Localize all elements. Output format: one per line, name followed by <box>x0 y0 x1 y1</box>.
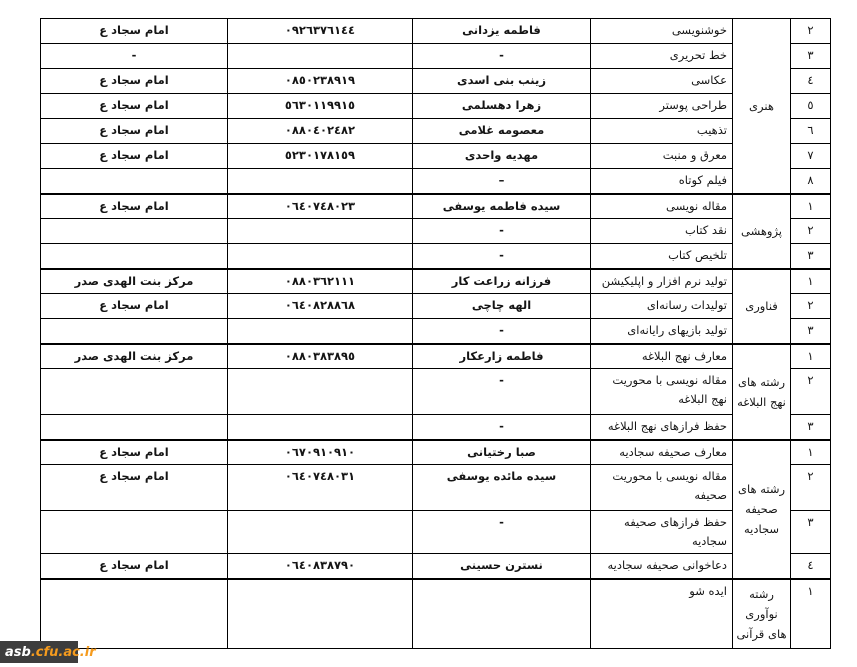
phone-cell: ٠٩٢٦٣٧٦١٤٤ <box>228 19 413 44</box>
name-cell: - <box>413 244 591 269</box>
activity-cell: معرق و منبت <box>591 144 733 169</box>
table-row: ٣خط تحریری-- <box>41 44 831 69</box>
table-row: ٣تلخیص کتاب- <box>41 244 831 269</box>
phone-cell <box>228 219 413 244</box>
location-cell: مرکز بنت الهدی صدر <box>41 269 228 294</box>
row-number-cell: ٤ <box>791 554 831 579</box>
table-row: ٢هنریخوشنویسیفاطمه یزدانی٠٩٢٦٣٧٦١٤٤امام … <box>41 19 831 44</box>
table-row: ٤دعاخوانی صحیفه سجادیهنسترن حسینی٠٦٤٠٨٣٨… <box>41 554 831 579</box>
name-cell: - <box>413 511 591 554</box>
phone-cell: ٠٨٨٠٤٠٢٤٨٢ <box>228 119 413 144</box>
activity-cell: ایده شو <box>591 579 733 649</box>
activity-cell: تولید بازیهای رایانه‌ای <box>591 319 733 344</box>
activity-cell: طراحی پوستر <box>591 94 733 119</box>
site-watermark: asb.cfu.ac.ir <box>0 641 78 663</box>
location-cell <box>41 415 228 440</box>
phone-cell: ٥٢٣٠١٧٨١٥٩ <box>228 144 413 169</box>
category-cell: پژوهشی <box>733 194 791 269</box>
activity-cell: مقاله نویسی <box>591 194 733 219</box>
table-row: ١رشته های نهج البلاغهمعارف نهج البلاغهفا… <box>41 344 831 369</box>
activity-cell: عکاسی <box>591 69 733 94</box>
location-cell <box>41 369 228 415</box>
location-cell: امام سجاد ع <box>41 440 228 465</box>
activity-cell: حفظ فرازهای نهج البلاغه <box>591 415 733 440</box>
name-cell: فاطمه زارعکار <box>413 344 591 369</box>
row-number-cell: ٤ <box>791 69 831 94</box>
row-number-cell: ٧ <box>791 144 831 169</box>
location-cell: امام سجاد ع <box>41 144 228 169</box>
activity-cell: حفظ فرازهای صحیفه سجادیه <box>591 511 733 554</box>
location-cell: امام سجاد ع <box>41 554 228 579</box>
row-number-cell: ٢ <box>791 219 831 244</box>
row-number-cell: ٢ <box>791 19 831 44</box>
phone-cell <box>228 511 413 554</box>
activity-cell: معارف صحیفه سجادیه <box>591 440 733 465</box>
location-cell: امام سجاد ع <box>41 94 228 119</box>
location-cell: مرکز بنت الهدی صدر <box>41 344 228 369</box>
activity-cell: خوشنویسی <box>591 19 733 44</box>
phone-cell: ٠٨٨٠٣٨٣٨٩٥ <box>228 344 413 369</box>
name-cell: مهدیه واحدی <box>413 144 591 169</box>
table-row: ٢نقد کتاب- <box>41 219 831 244</box>
name-cell: - <box>413 44 591 69</box>
watermark-prefix: asb <box>5 645 31 660</box>
watermark-suffix: .cfu.ac.ir <box>31 645 96 660</box>
activities-table-container: ٢هنریخوشنویسیفاطمه یزدانی٠٩٢٦٣٧٦١٤٤امام … <box>40 18 830 649</box>
location-cell <box>41 579 228 649</box>
phone-cell: ٠٦٤٠٧٤٨٠٣١ <box>228 465 413 511</box>
row-number-cell: ٥ <box>791 94 831 119</box>
phone-cell: ٠٦٧٠٩١٠٩١٠ <box>228 440 413 465</box>
name-cell: – <box>413 169 591 194</box>
location-cell: امام سجاد ع <box>41 465 228 511</box>
location-cell <box>41 511 228 554</box>
table-row: ٦تذهیبمعصومه غلامی٠٨٨٠٤٠٢٤٨٢امام سجاد ع <box>41 119 831 144</box>
row-number-cell: ٣ <box>791 511 831 554</box>
phone-cell: ٠٦٤٠٧٤٨٠٢٣ <box>228 194 413 219</box>
phone-cell <box>228 369 413 415</box>
row-number-cell: ٢ <box>791 465 831 511</box>
phone-cell <box>228 579 413 649</box>
category-cell: رشته نوآوری های قرآنی <box>733 579 791 649</box>
row-number-cell: ١ <box>791 440 831 465</box>
location-cell: امام سجاد ع <box>41 294 228 319</box>
activity-cell: فیلم کوتاه <box>591 169 733 194</box>
activity-cell: تلخیص کتاب <box>591 244 733 269</box>
activity-cell: مقاله نویسی با محوریت نهج البلاغه <box>591 369 733 415</box>
name-cell: الهه چاچی <box>413 294 591 319</box>
phone-cell: ٥٦٣٠١١٩٩١٥ <box>228 94 413 119</box>
location-cell: امام سجاد ع <box>41 194 228 219</box>
table-row: ٢تولیدات رسانه‌ایالهه چاچی٠٦٤٠٨٢٨٨٦٨امام… <box>41 294 831 319</box>
name-cell: زهرا دهسلمی <box>413 94 591 119</box>
name-cell: سیده فاطمه یوسفی <box>413 194 591 219</box>
row-number-cell: ١ <box>791 194 831 219</box>
location-cell <box>41 319 228 344</box>
phone-cell: ٠٦٤٠٨٣٨٧٩٠ <box>228 554 413 579</box>
table-row: ١فناوریتولید نرم افزار و اپلیکیشنفرزانه … <box>41 269 831 294</box>
activity-cell: مقاله نویسی با محوریت صحیفه <box>591 465 733 511</box>
row-number-cell: ٢ <box>791 369 831 415</box>
name-cell: نسترن حسینی <box>413 554 591 579</box>
row-number-cell: ١ <box>791 579 831 649</box>
name-cell <box>413 579 591 649</box>
activity-cell: تولید نرم افزار و اپلیکیشن <box>591 269 733 294</box>
phone-cell <box>228 44 413 69</box>
phone-cell <box>228 415 413 440</box>
location-cell <box>41 244 228 269</box>
row-number-cell: ١ <box>791 269 831 294</box>
table-row: ١پژوهشیمقاله نویسیسیده فاطمه یوسفی٠٦٤٠٧٤… <box>41 194 831 219</box>
activities-table-body: ٢هنریخوشنویسیفاطمه یزدانی٠٩٢٦٣٧٦١٤٤امام … <box>41 19 831 649</box>
activity-cell: نقد کتاب <box>591 219 733 244</box>
location-cell: - <box>41 44 228 69</box>
table-row: ٤عکاسیزینب بنی اسدی٠٨٥٠٢٣٨٩١٩امام سجاد ع <box>41 69 831 94</box>
name-cell: فرزانه زراعت کار <box>413 269 591 294</box>
location-cell <box>41 169 228 194</box>
activity-cell: دعاخوانی صحیفه سجادیه <box>591 554 733 579</box>
name-cell: - <box>413 415 591 440</box>
table-row: ٣تولید بازیهای رایانه‌ای- <box>41 319 831 344</box>
phone-cell <box>228 169 413 194</box>
table-row: ١رشته نوآوری های قرآنیایده شو <box>41 579 831 649</box>
row-number-cell: ١ <box>791 344 831 369</box>
table-row: ٢مقاله نویسی با محوریت صحیفهسیده مائده ی… <box>41 465 831 511</box>
table-row: ٥طراحی پوسترزهرا دهسلمی٥٦٣٠١١٩٩١٥امام سج… <box>41 94 831 119</box>
activity-cell: تذهیب <box>591 119 733 144</box>
name-cell: فاطمه یزدانی <box>413 19 591 44</box>
phone-cell: ٠٦٤٠٨٢٨٨٦٨ <box>228 294 413 319</box>
table-row: ٧معرق و منبتمهدیه واحدی٥٢٣٠١٧٨١٥٩امام سج… <box>41 144 831 169</box>
category-cell: رشته های نهج البلاغه <box>733 344 791 440</box>
phone-cell: ٠٨٥٠٢٣٨٩١٩ <box>228 69 413 94</box>
row-number-cell: ٣ <box>791 44 831 69</box>
name-cell: - <box>413 319 591 344</box>
name-cell: - <box>413 369 591 415</box>
category-cell: فناوری <box>733 269 791 344</box>
row-number-cell: ٨ <box>791 169 831 194</box>
phone-cell <box>228 244 413 269</box>
row-number-cell: ٣ <box>791 415 831 440</box>
table-row: ٢مقاله نویسی با محوریت نهج البلاغه- <box>41 369 831 415</box>
category-cell: هنری <box>733 19 791 194</box>
location-cell <box>41 219 228 244</box>
row-number-cell: ٦ <box>791 119 831 144</box>
row-number-cell: ٣ <box>791 244 831 269</box>
name-cell: صبا رختیانی <box>413 440 591 465</box>
row-number-cell: ٣ <box>791 319 831 344</box>
table-row: ٨فیلم کوتاه– <box>41 169 831 194</box>
table-row: ٣حفظ فرازهای صحیفه سجادیه- <box>41 511 831 554</box>
table-row: ١رشته های صحیفه سجادیهمعارف صحیفه سجادیه… <box>41 440 831 465</box>
name-cell: - <box>413 219 591 244</box>
category-cell: رشته های صحیفه سجادیه <box>733 440 791 579</box>
activities-table: ٢هنریخوشنویسیفاطمه یزدانی٠٩٢٦٣٧٦١٤٤امام … <box>40 18 831 649</box>
table-row: ٣حفظ فرازهای نهج البلاغه- <box>41 415 831 440</box>
name-cell: سیده مائده یوسفی <box>413 465 591 511</box>
phone-cell: ٠٨٨٠٣٦٢١١١ <box>228 269 413 294</box>
name-cell: معصومه غلامی <box>413 119 591 144</box>
activity-cell: خط تحریری <box>591 44 733 69</box>
location-cell: امام سجاد ع <box>41 19 228 44</box>
name-cell: زینب بنی اسدی <box>413 69 591 94</box>
location-cell: امام سجاد ع <box>41 119 228 144</box>
row-number-cell: ٢ <box>791 294 831 319</box>
location-cell: امام سجاد ع <box>41 69 228 94</box>
phone-cell <box>228 319 413 344</box>
activity-cell: تولیدات رسانه‌ای <box>591 294 733 319</box>
activity-cell: معارف نهج البلاغه <box>591 344 733 369</box>
